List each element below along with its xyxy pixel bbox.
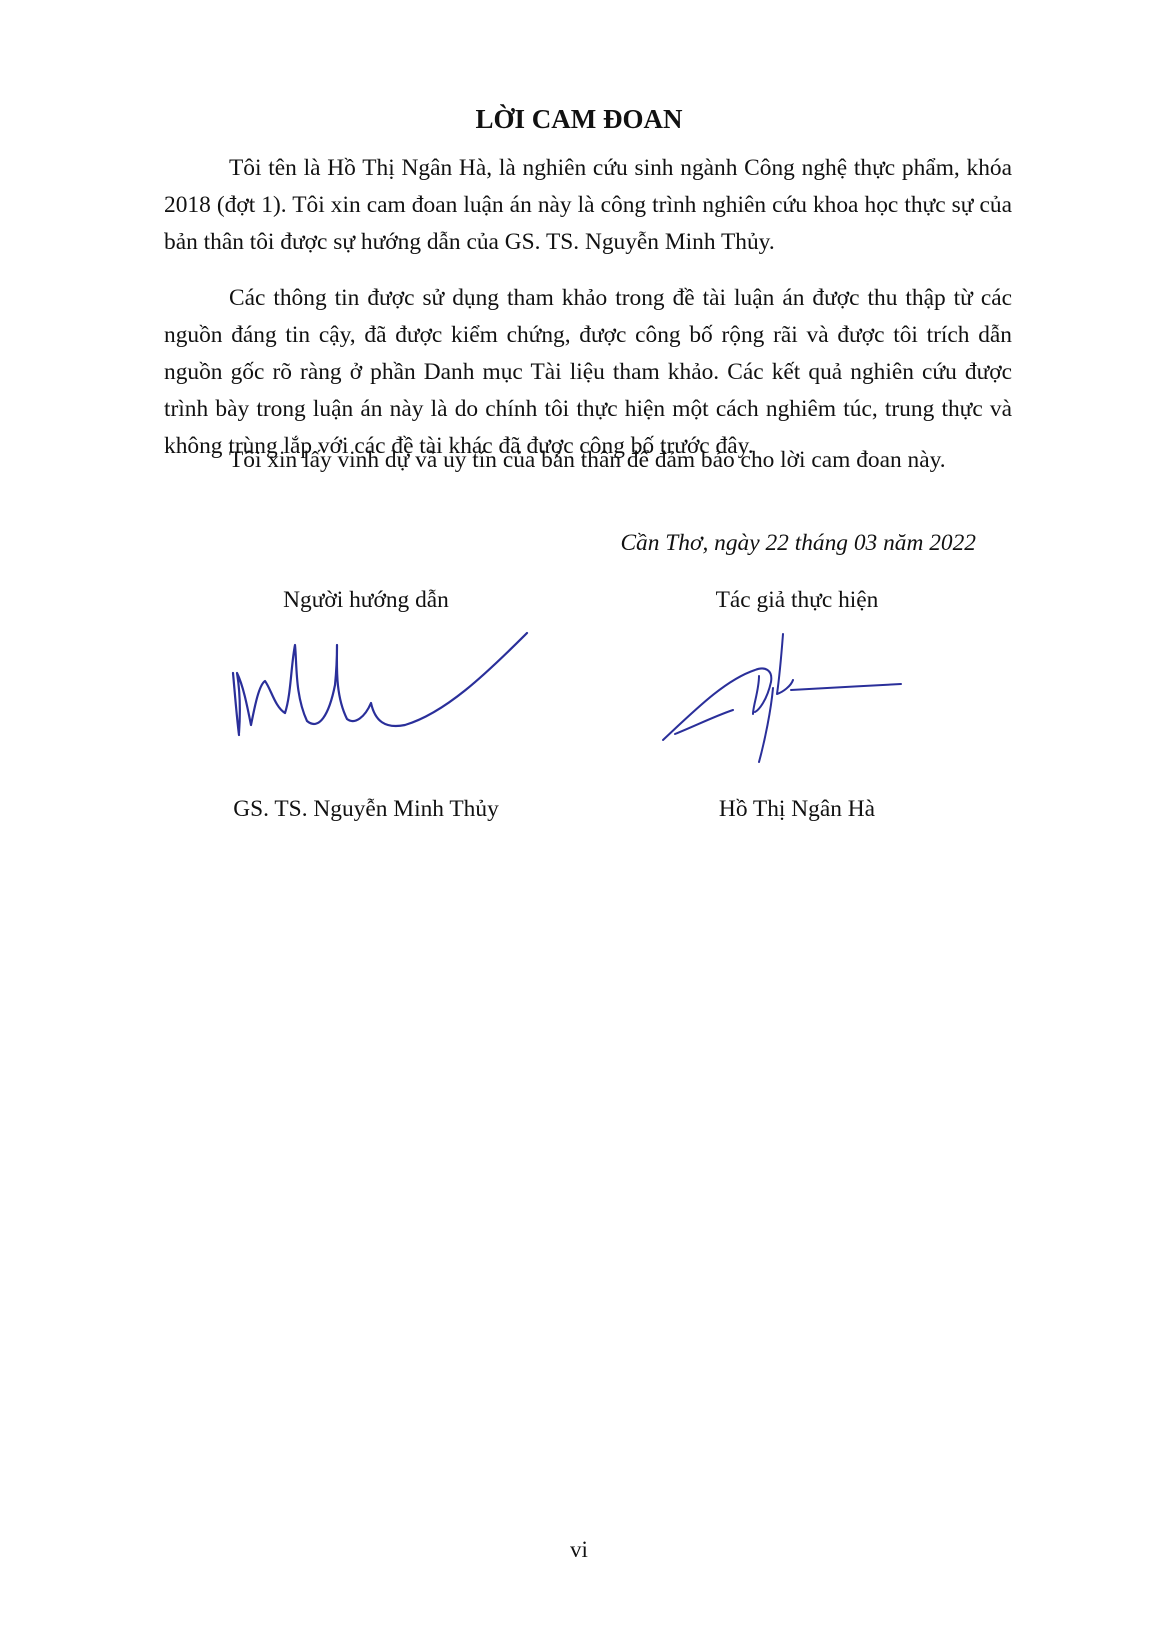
paragraph-declaration: Tôi tên là Hồ Thị Ngân Hà, là nghiên cứu… bbox=[164, 150, 1012, 261]
date-line: Cần Thơ, ngày 22 tháng 03 năm 2022 bbox=[620, 530, 976, 557]
supervisor-signature-icon bbox=[225, 625, 535, 745]
author-role: Tác giả thực hiện bbox=[647, 587, 947, 614]
page-title: LỜI CAM ĐOAN bbox=[0, 104, 1158, 135]
author-signature-icon bbox=[655, 630, 905, 770]
supervisor-role: Người hướng dẫn bbox=[216, 587, 516, 614]
author-name: Hồ Thị Ngân Hà bbox=[627, 796, 967, 823]
paragraph-sources: Các thông tin được sử dụng tham khảo tro… bbox=[164, 280, 1012, 465]
page-number: vi bbox=[0, 1537, 1158, 1563]
paragraph-commitment: Tôi xin lấy vinh dự và uy tín của bản th… bbox=[164, 442, 1012, 479]
supervisor-name: GS. TS. Nguyễn Minh Thủy bbox=[196, 796, 536, 823]
